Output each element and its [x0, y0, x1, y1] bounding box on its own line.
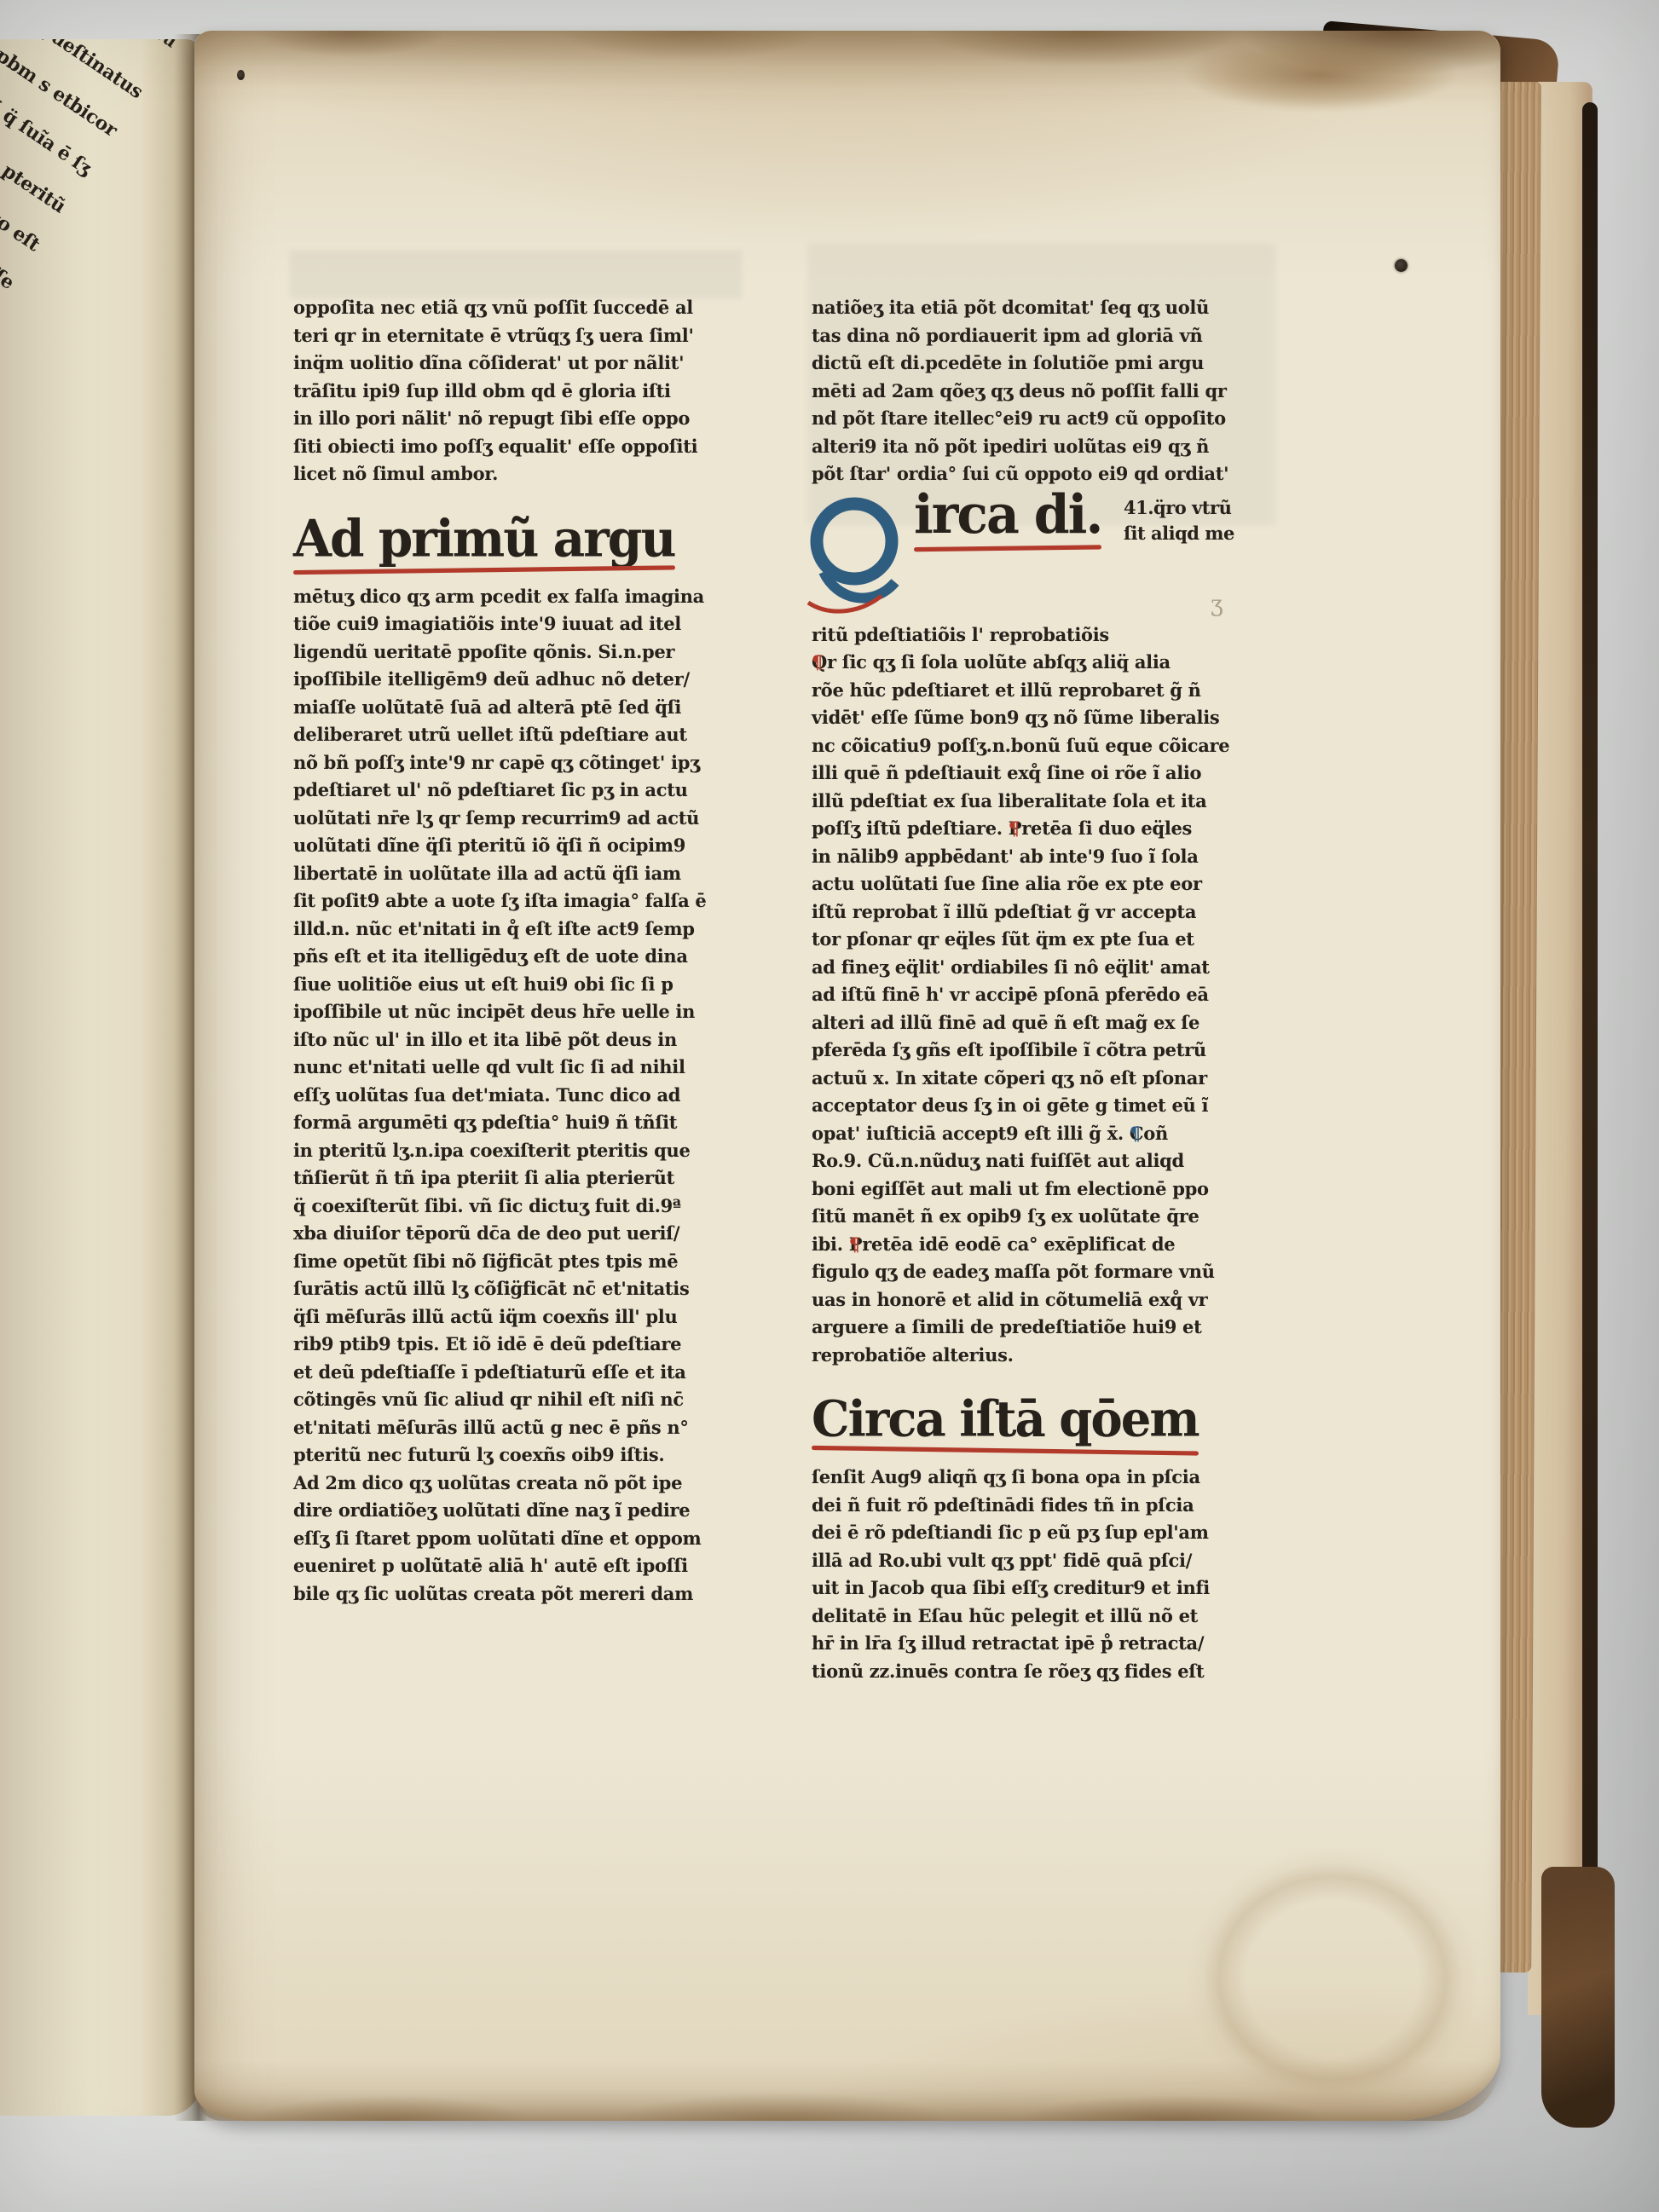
text-line: illũ pdeſtiat ex ſua liberalitate ſola e…	[812, 788, 1275, 816]
question-number-note: 41.q̈ro vtrũ ſit aliqd me	[1124, 495, 1275, 546]
text-line: bile qʒ ſic uolũtas creata põt mereri da…	[293, 1580, 743, 1608]
text-line: pñs eſt et ita itelligēduʒ eſt de uote d…	[293, 943, 743, 971]
column2-paragraph-2: ritũ pdeſtiatiõis l' reprobatiõis¶Qr ſic…	[812, 621, 1275, 1370]
column1-section-heading: Ad primũ argu	[293, 511, 675, 574]
text-line: ipoſſibile itelligēm9 deũ adhuc nõ deter…	[293, 666, 743, 694]
blue-pilcrow-icon: ¶	[1130, 1120, 1141, 1148]
text-line: poſſʒ iſtũ pdeſtiare. ¶Pretēa ſi duo eq̈…	[812, 815, 1275, 843]
text-line: ſiti obiecti imo poſſʒ equalit' eſſe opp…	[293, 433, 743, 461]
column2-paragraph-3: ſenſit Aug9 aliqñ qʒ ſi bona opa in pſci…	[812, 1464, 1275, 1685]
red-pilcrow-icon: ¶	[849, 1231, 860, 1259]
text-line: pferēda ſʒ gñs eſt ipoſſibile ĩ cõtra pe…	[812, 1037, 1275, 1065]
left-page-paragraph-1: oſſit dānari. ¶Qr pdeſtinatusſimp nec̄m …	[0, 39, 153, 648]
text-line: tionũ zz.inuēs contra ſe rõeʒ qʒ fides e…	[812, 1658, 1275, 1686]
initial-q-drop-cap	[803, 494, 914, 621]
text-line: uit in Jacob qua ſibi eſſʒ creditur9 et …	[812, 1574, 1275, 1603]
text-line: uolũtati dĩne q̈ſi pteritũ iõ q̈ſi ñ oci…	[293, 832, 743, 860]
text-line: illd.n. nũc et'nitati in q̊ eſt iſte act…	[293, 915, 743, 944]
text-line: arguere a ſimili de predeſtiatiõe hui9 e…	[812, 1314, 1275, 1342]
top-right-stain	[1081, 32, 1482, 203]
text-line: in nālib9 appbēdant' ab inte'9 ſuo ĩ ſol…	[812, 843, 1275, 871]
text-line: libertatē in uolũtate illa ad actũ q̈ſi …	[293, 860, 743, 888]
text-line: alteri9 ita nõ põt ipediri uolũtas ei9 q…	[812, 433, 1275, 461]
wormhole-spot	[237, 70, 245, 80]
text-line: ibi. ¶Pretēa idē eodē ca° exēplificat de	[812, 1231, 1275, 1259]
text-line: ſiue uolitiõe eius ut eſt hui9 obi ſic ſ…	[293, 971, 743, 999]
text-line: tas dina nõ pordiauerit ipm ad gloriā vñ	[812, 322, 1275, 350]
column1-paragraph-1: oppoſita nec etiã qʒ vnũ poſſit ſuccedē …	[293, 294, 743, 488]
text-line: formā argumēti qʒ pdeſtia° hui9 ñ tñſit	[293, 1109, 743, 1137]
text-line: opat' iuſticiā accept9 eſt illi g̃ x̄. ¶…	[812, 1120, 1275, 1148]
column2-section-heading: Circa iſtā qōem	[812, 1392, 1199, 1455]
text-line: trāſitu ipi9 ſup illd obm qd ē gloria iſ…	[293, 378, 743, 406]
red-pilcrow-icon: ¶	[1009, 815, 1020, 843]
text-line: ſenſit Aug9 aliqñ qʒ ſi bona opa in pſci…	[812, 1464, 1275, 1492]
text-line: dictũ eſt di.pcedēte in ſolutiõe pmi arg…	[812, 349, 1275, 378]
text-line: in illo pori nãlit' nõ repugt ſibi eſſe …	[293, 405, 743, 433]
text-line: natiõeʒ ita etiā põt dcomitat' ſeq qʒ uo…	[812, 294, 1275, 322]
text-line: dire ordiatiõeʒ uolũtati dĩne naʒ ĩ pedi…	[293, 1497, 743, 1525]
text-line: ſime opetũt ſibi nõ ſig̈ficāt ptes tpis …	[293, 1248, 743, 1276]
question-41-incipit: irca di. 41.q̈ro vtrũ ſit aliqd me	[812, 494, 1275, 621]
text-line: inq̈m uolitio dĩna cõſiderat' ut por nãl…	[293, 349, 743, 378]
text-line: licet nõ ſimul ambor.	[293, 460, 743, 488]
text-line: dei ñ fuit rõ pdeſtinādi fides tñ in pſc…	[812, 1492, 1275, 1520]
text-line: q̈ſi mēſurās illũ actũ iq̈m coexñs ill' …	[293, 1303, 743, 1331]
text-line: mētuʒ dico qʒ arm pcedit ex falſa imagin…	[293, 583, 743, 611]
heading-text: Circa iſtā qōem	[812, 1390, 1199, 1449]
leather-cover-edge	[1582, 102, 1598, 1935]
text-line: delitatē in Eſau hũc pelegit et illũ nõ …	[812, 1603, 1275, 1631]
column2-paragraph-1: natiõeʒ ita etiā põt dcomitat' ſeq qʒ uo…	[812, 294, 1275, 488]
text-line: eſſʒ ſi ſtaret ppom uolũtati dĩne et opp…	[293, 1525, 743, 1553]
question-incipit: ſit aliqd me	[1124, 521, 1275, 546]
ink-showthrough	[290, 251, 742, 298]
heading-text: irca di.	[914, 483, 1101, 546]
text-line: illi quē ñ pdeſtiauit exq̊ ſine oi rõe ĩ…	[812, 759, 1275, 788]
text-line: et deũ pdeſtiaſſe ī pdeſtiaturũ eſſe et …	[293, 1359, 743, 1387]
text-line: figulo qʒ de eadeʒ maſſa põt formare vnũ	[812, 1258, 1275, 1286]
text-line: oppoſita nec etiã qʒ vnũ poſſit ſuccedē …	[293, 294, 743, 322]
text-line: deliberaret utrũ uellet iſtũ pdeſtiare a…	[293, 721, 743, 749]
text-line: rõe hũc pdeſtiaret et illũ reprobaret g̃…	[812, 677, 1275, 705]
text-line: acceptator deus ſʒ in oi gēte g timet eũ…	[812, 1092, 1275, 1120]
text-line: vidēt' eſſe ſũme bon9 qʒ nõ ſũme liberal…	[812, 704, 1275, 732]
wormhole-spot	[1395, 259, 1408, 272]
text-line: in pteritũ lʒ.n.ipa coexiſterit pteritis…	[293, 1137, 743, 1165]
bottom-right-water-stain	[1166, 1829, 1499, 2128]
text-line: boni egiſſēt aut mali ut fm electionē pp…	[812, 1175, 1275, 1204]
text-line: ritũ pdeſtiatiõis l' reprobatiõis	[812, 621, 1275, 650]
text-line: uas in honorē et alid in cõtumeliā exq̊ …	[812, 1286, 1275, 1314]
text-line: eſſʒ uolũtas ſua det'miata. Tunc dico ad	[293, 1082, 743, 1110]
text-column-1: oppoſita nec etiã qʒ vnũ poſſit ſuccedē …	[293, 294, 743, 1608]
column1-paragraph-2: mētuʒ dico qʒ arm pcedit ex falſa imagin…	[293, 583, 743, 1608]
text-line: nõ bñ poſſʒ inte'9 nr capē qʒ cõtinget' …	[293, 749, 743, 777]
text-line: iſtũ reprobat ĩ illũ pdeſtiat g̃ vr acce…	[812, 898, 1275, 927]
text-line: ipoſſibile ut nũc incipēt deus hr̄e uell…	[293, 998, 743, 1026]
question-number: 41.q̈ro vtrũ	[1124, 495, 1275, 521]
text-line: miaſſe uolũtatē ſuā ad alterā ptē ſed q̈…	[293, 694, 743, 722]
red-pilcrow-icon: ¶	[812, 649, 823, 677]
text-line: Ad 2m dico qʒ uolũtas creata nõ põt ipe	[293, 1470, 743, 1498]
text-line: et'nitati mēſurās illũ actũ g nec ē pñs …	[293, 1414, 743, 1442]
text-line: hr̄ in lr̄a ſʒ illud retractat ipē p̊ re…	[812, 1630, 1275, 1658]
text-line: tiõe cui9 imagiatiõis inte'9 iuuat ad it…	[293, 610, 743, 638]
text-line: teri qr in eternitate ē vtrũqʒ ſʒ uera ſ…	[293, 322, 743, 350]
text-line: actuũ x. In xitate cõperi qʒ nõ eſt pſon…	[812, 1065, 1275, 1093]
text-line: pdeſtiaret ul' nõ pdeſtiaret ſic pʒ in a…	[293, 777, 743, 805]
book-photo: Irca di.40 q̈ro vtrũ oſſit dānari. ¶Qr p…	[0, 0, 1659, 2212]
text-line: ad fineʒ eq̈lit' ordiabiles ſi nô eq̈lit…	[812, 954, 1275, 982]
text-line: ad iſtũ finē h' vr accipē pſonā pferēdo …	[812, 981, 1275, 1009]
text-line: Ro.9. Cũ.n.nũduʒ nati fuiſſēt aut aliqd	[812, 1147, 1275, 1175]
text-line: xba diuiſor tēporũ dc̄a de deo put ueriſ…	[293, 1220, 743, 1248]
text-line: tor pſonar qr eq̈les ſũt q̈m ex pte ſua …	[812, 926, 1275, 954]
text-line: ſit poſit9 abte a uote ſʒ iſta imagia° f…	[293, 887, 743, 915]
leather-cover-bottom-right	[1541, 1867, 1615, 2128]
text-line: rib9 ptib9 tpis. Et iõ idē ē deũ pdeſtia…	[293, 1331, 743, 1359]
heading-text: Ad primũ argu	[293, 508, 675, 569]
text-line: eueniret p uolũtatē aliā h' autē eſt ipo…	[293, 1552, 743, 1580]
right-page: ʒ oppoſita nec etiã qʒ vnũ poſſit ſucced…	[194, 31, 1500, 2121]
text-line: q̈ coexiſterũt ſibi. vñ ſic dictuʒ fuit …	[293, 1193, 743, 1221]
text-line: nd põt ſtare itellec°ei9 ru act9 cũ oppo…	[812, 405, 1275, 433]
text-line: ſitũ manēt ñ ex opib9 ſʒ ex uolũtate q̄r…	[812, 1203, 1275, 1231]
text-line: illā ad Ro.ubi vult qʒ ppt' fidē quā pſc…	[812, 1547, 1275, 1575]
text-line: nc cõicatiu9 poſſʒ.n.bonũ ſuũ eque cõica…	[812, 732, 1275, 760]
text-line: actu uolũtati ſue ſine alia rõe ex pte e…	[812, 870, 1275, 898]
text-line: iſto nũc ul' in illo et ita libē põt deu…	[293, 1026, 743, 1054]
text-line: ligendũ ueritatē ppoſite qõnis. Si.n.per	[293, 638, 743, 667]
text-line: cõtingēs vnũ ſic aliud qr nihil eſt niſi…	[293, 1386, 743, 1414]
left-page-rotated-text: Irca di.40 q̈ro vtrũ oſſit dānari. ¶Qr p…	[0, 39, 193, 1664]
left-page: Irca di.40 q̈ro vtrũ oſſit dānari. ¶Qr p…	[0, 39, 201, 2116]
question-heading: irca di.	[914, 483, 1101, 551]
text-line: mēti ad 2am qõeʒ qʒ deus nõ poſſit falli…	[812, 378, 1275, 406]
text-line: alteri ad illũ finē ad quē ñ eſt mag̃ ex…	[812, 1009, 1275, 1037]
text-line: ſurātis actũ illũ lʒ cõſig̈ficāt nc̄ et'…	[293, 1275, 743, 1303]
text-column-2: natiõeʒ ita etiā põt dcomitat' ſeq qʒ uo…	[812, 294, 1275, 1685]
text-line: dei ē rõ pdeſtiandi ſic p eũ pʒ ſup epl'…	[812, 1519, 1275, 1547]
text-line: tñſierũt ñ tñ ipa pteriit ſi alia pterie…	[293, 1164, 743, 1193]
text-line: uolũtati nr̄e lʒ qr ſemp recurrim9 ad ac…	[293, 805, 743, 833]
text-line: nunc et'nitati uelle qd vult ſic ſi ad n…	[293, 1054, 743, 1082]
text-line: pteritũ nec futurũ lʒ coexñs oib9 iſtis.	[293, 1441, 743, 1470]
text-line: reprobatiõe alterius.	[812, 1342, 1275, 1370]
text-line: ¶Qr ſic qʒ ſi ſola uolũte abſqʒ aliq̈ al…	[812, 649, 1275, 677]
